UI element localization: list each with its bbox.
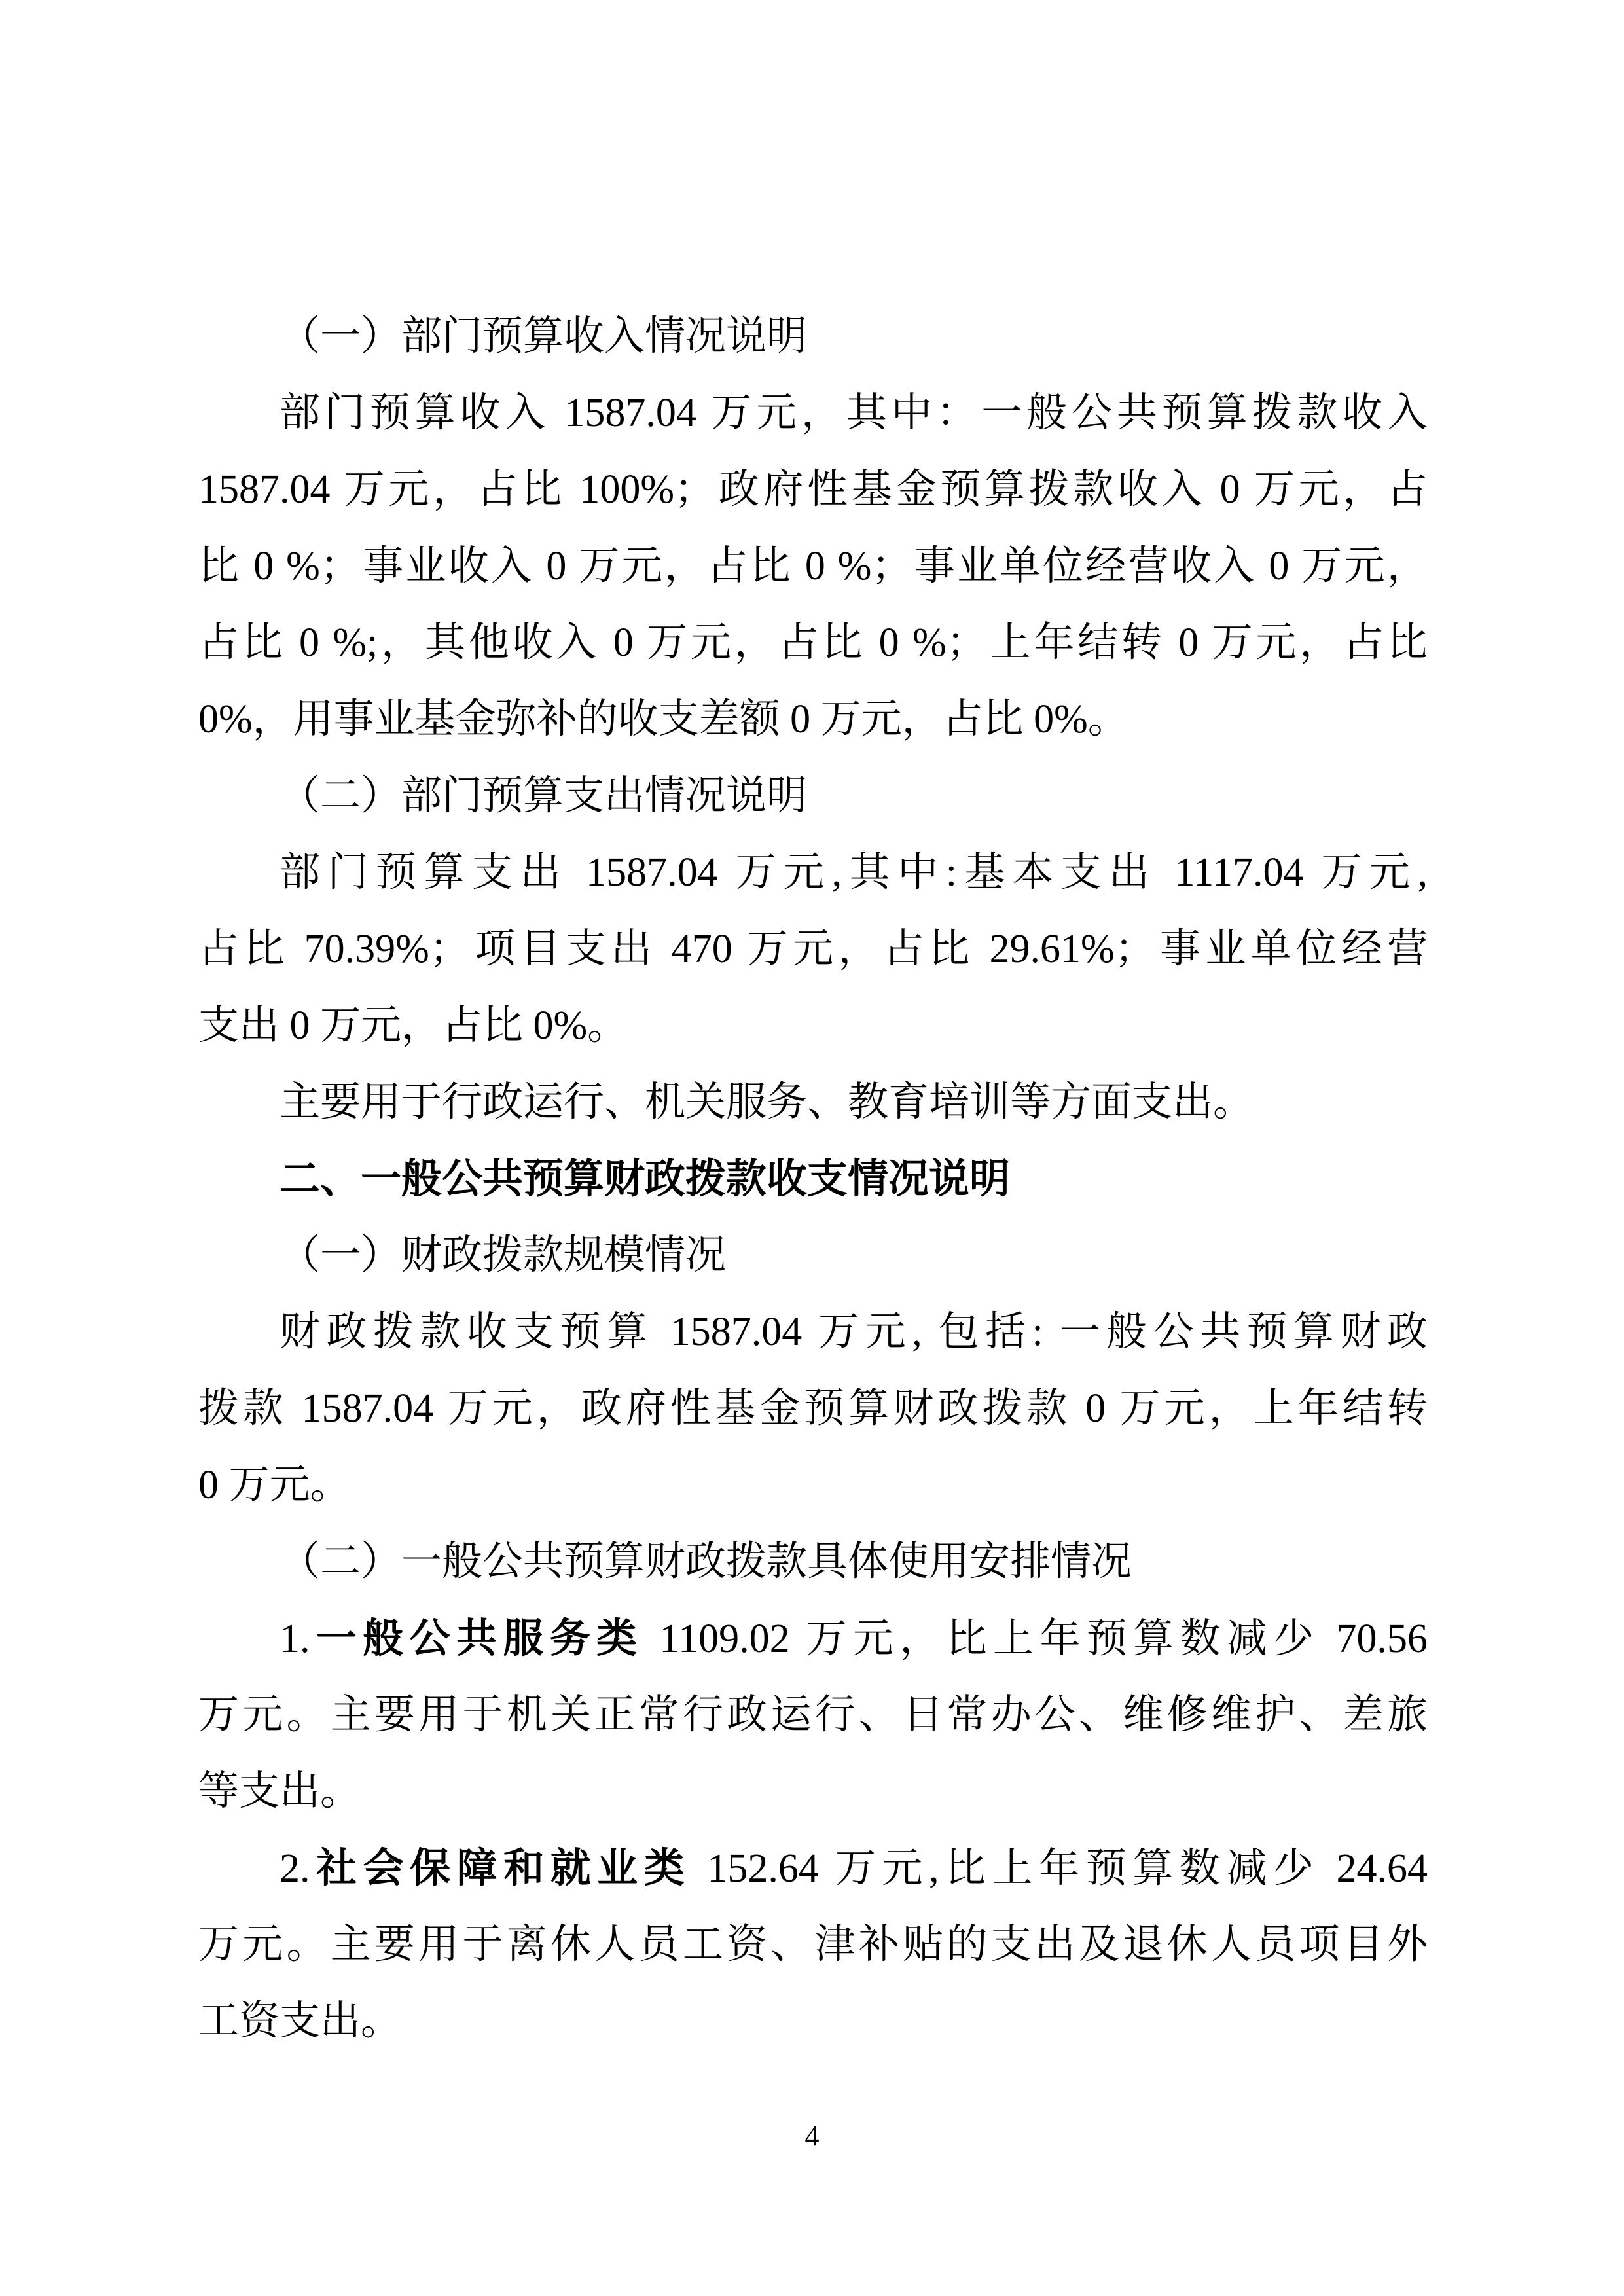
paragraph-line: 万元。主要用于机关正常行政运行、日常办公、维修维护、差旅: [198, 1677, 1428, 1753]
paragraph-text: 等支出。: [198, 1769, 361, 1814]
page-number: 4: [0, 2119, 1624, 2153]
paragraph-line: 0%，用事业基金弥补的收支差额 0 万元，占比 0%。: [198, 681, 1428, 758]
heading-dept-budget-expenditure: （二）部门预算支出情况说明: [198, 758, 1428, 834]
subheading-fiscal-allocation-usage: （二）一般公共预算财政拨款具体使用安排情况: [198, 1524, 1428, 1600]
paragraph-line: 占比 70.39%；项目支出 470 万元，占比 29.61%；事业单位经营: [198, 911, 1428, 988]
paragraph-text: 万元。主要用于离休人员工资、津补贴的支出及退休人员项目外: [198, 1922, 1428, 1967]
paragraph-text: 占比 0 %;，其他收入 0 万元，占比 0 %；上年结转 0 万元，占比: [198, 620, 1428, 665]
paragraph-line: 部门预算支出 1587.04 万元,其中:基本支出 1117.04 万元,: [198, 834, 1428, 911]
item-number: 2.: [280, 1846, 310, 1891]
paragraph-text: 比 0 %；事业收入 0 万元，占比 0 %；事业单位经营收入 0 万元，: [198, 544, 1428, 588]
paragraph-text: 支出 0 万元，占比 0%。: [198, 1003, 628, 1048]
paragraph-line: 财政拨款收支预算 1587.04 万元, 包括: 一般公共预算财政: [198, 1294, 1428, 1371]
paragraph-line: 主要用于行政运行、机关服务、教育培训等方面支出。: [198, 1064, 1428, 1141]
paragraph-text: 0 万元。: [198, 1463, 351, 1507]
heading-text: （二）部门预算支出情况说明: [280, 774, 807, 818]
paragraph-text: 财政拨款收支预算 1587.04 万元, 包括: 一般公共预算财政: [280, 1310, 1428, 1354]
document-page: （一）部门预算收入情况说明 部门预算收入 1587.04 万元，其中：一般公共预…: [0, 0, 1624, 2296]
paragraph-text: 部门预算收入 1587.04 万元，其中：一般公共预算拨款收入: [280, 391, 1428, 435]
list-item-social-security-employment: 2.社会保障和就业类 152.64 万元,比上年预算数减少 24.64: [198, 1830, 1428, 1907]
subheading-fiscal-allocation-scale: （一）财政拨款规模情况: [198, 1217, 1428, 1294]
paragraph-text: 拨款 1587.04 万元，政府性基金预算财政拨款 0 万元，上年结转: [198, 1386, 1428, 1431]
paragraph-text: 占比 70.39%；项目支出 470 万元，占比 29.61%；事业单位经营: [198, 927, 1428, 971]
heading-text: 二、一般公共预算财政拨款收支情况说明: [280, 1157, 1010, 1202]
heading-dept-budget-income: （一）部门预算收入情况说明: [198, 298, 1428, 375]
paragraph-line: 支出 0 万元，占比 0%。: [198, 988, 1428, 1064]
paragraph-line: 部门预算收入 1587.04 万元，其中：一般公共预算拨款收入: [198, 375, 1428, 452]
paragraph-line: 比 0 %；事业收入 0 万元，占比 0 %；事业单位经营收入 0 万元，: [198, 528, 1428, 605]
paragraph-text: 部门预算支出 1587.04 万元,其中:基本支出 1117.04 万元,: [280, 850, 1428, 895]
paragraph-line: 1587.04 万元，占比 100%；政府性基金预算拨款收入 0 万元，占: [198, 452, 1428, 528]
paragraph-text: 万元。主要用于机关正常行政运行、日常办公、维修维护、差旅: [198, 1693, 1428, 1737]
item-text: 152.64 万元,比上年预算数减少 24.64: [691, 1846, 1428, 1891]
section-heading-general-public-budget: 二、一般公共预算财政拨款收支情况说明: [198, 1141, 1428, 1217]
item-text: 1109.02 万元，比上年预算数减少 70.56: [643, 1617, 1428, 1661]
heading-text: （二）一般公共预算财政拨款具体使用安排情况: [280, 1539, 1132, 1584]
paragraph-line: 0 万元。: [198, 1447, 1428, 1524]
item-category: 社会保障和就业类: [310, 1846, 691, 1891]
heading-text: （一）部门预算收入情况说明: [280, 314, 807, 359]
item-category: 一般公共服务类: [310, 1616, 643, 1661]
heading-text: （一）财政拨款规模情况: [280, 1233, 726, 1278]
paragraph-text: 1587.04 万元，占比 100%；政府性基金预算拨款收入 0 万元，占: [198, 467, 1428, 512]
paragraph-line: 万元。主要用于离休人员工资、津补贴的支出及退休人员项目外: [198, 1907, 1428, 1983]
document-body: （一）部门预算收入情况说明 部门预算收入 1587.04 万元，其中：一般公共预…: [198, 298, 1428, 2060]
item-number: 1.: [280, 1617, 310, 1661]
paragraph-text: 0%，用事业基金弥补的收支差额 0 万元，占比 0%。: [198, 697, 1128, 742]
paragraph-line: 拨款 1587.04 万元，政府性基金预算财政拨款 0 万元，上年结转: [198, 1371, 1428, 1447]
paragraph-line: 等支出。: [198, 1753, 1428, 1830]
paragraph-line: 工资支出。: [198, 1983, 1428, 2060]
paragraph-line: 占比 0 %;，其他收入 0 万元，占比 0 %；上年结转 0 万元，占比: [198, 605, 1428, 681]
paragraph-text: 主要用于行政运行、机关服务、教育培训等方面支出。: [280, 1080, 1254, 1124]
paragraph-text: 工资支出。: [198, 1999, 401, 2043]
list-item-general-public-services: 1.一般公共服务类 1109.02 万元，比上年预算数减少 70.56: [198, 1600, 1428, 1677]
